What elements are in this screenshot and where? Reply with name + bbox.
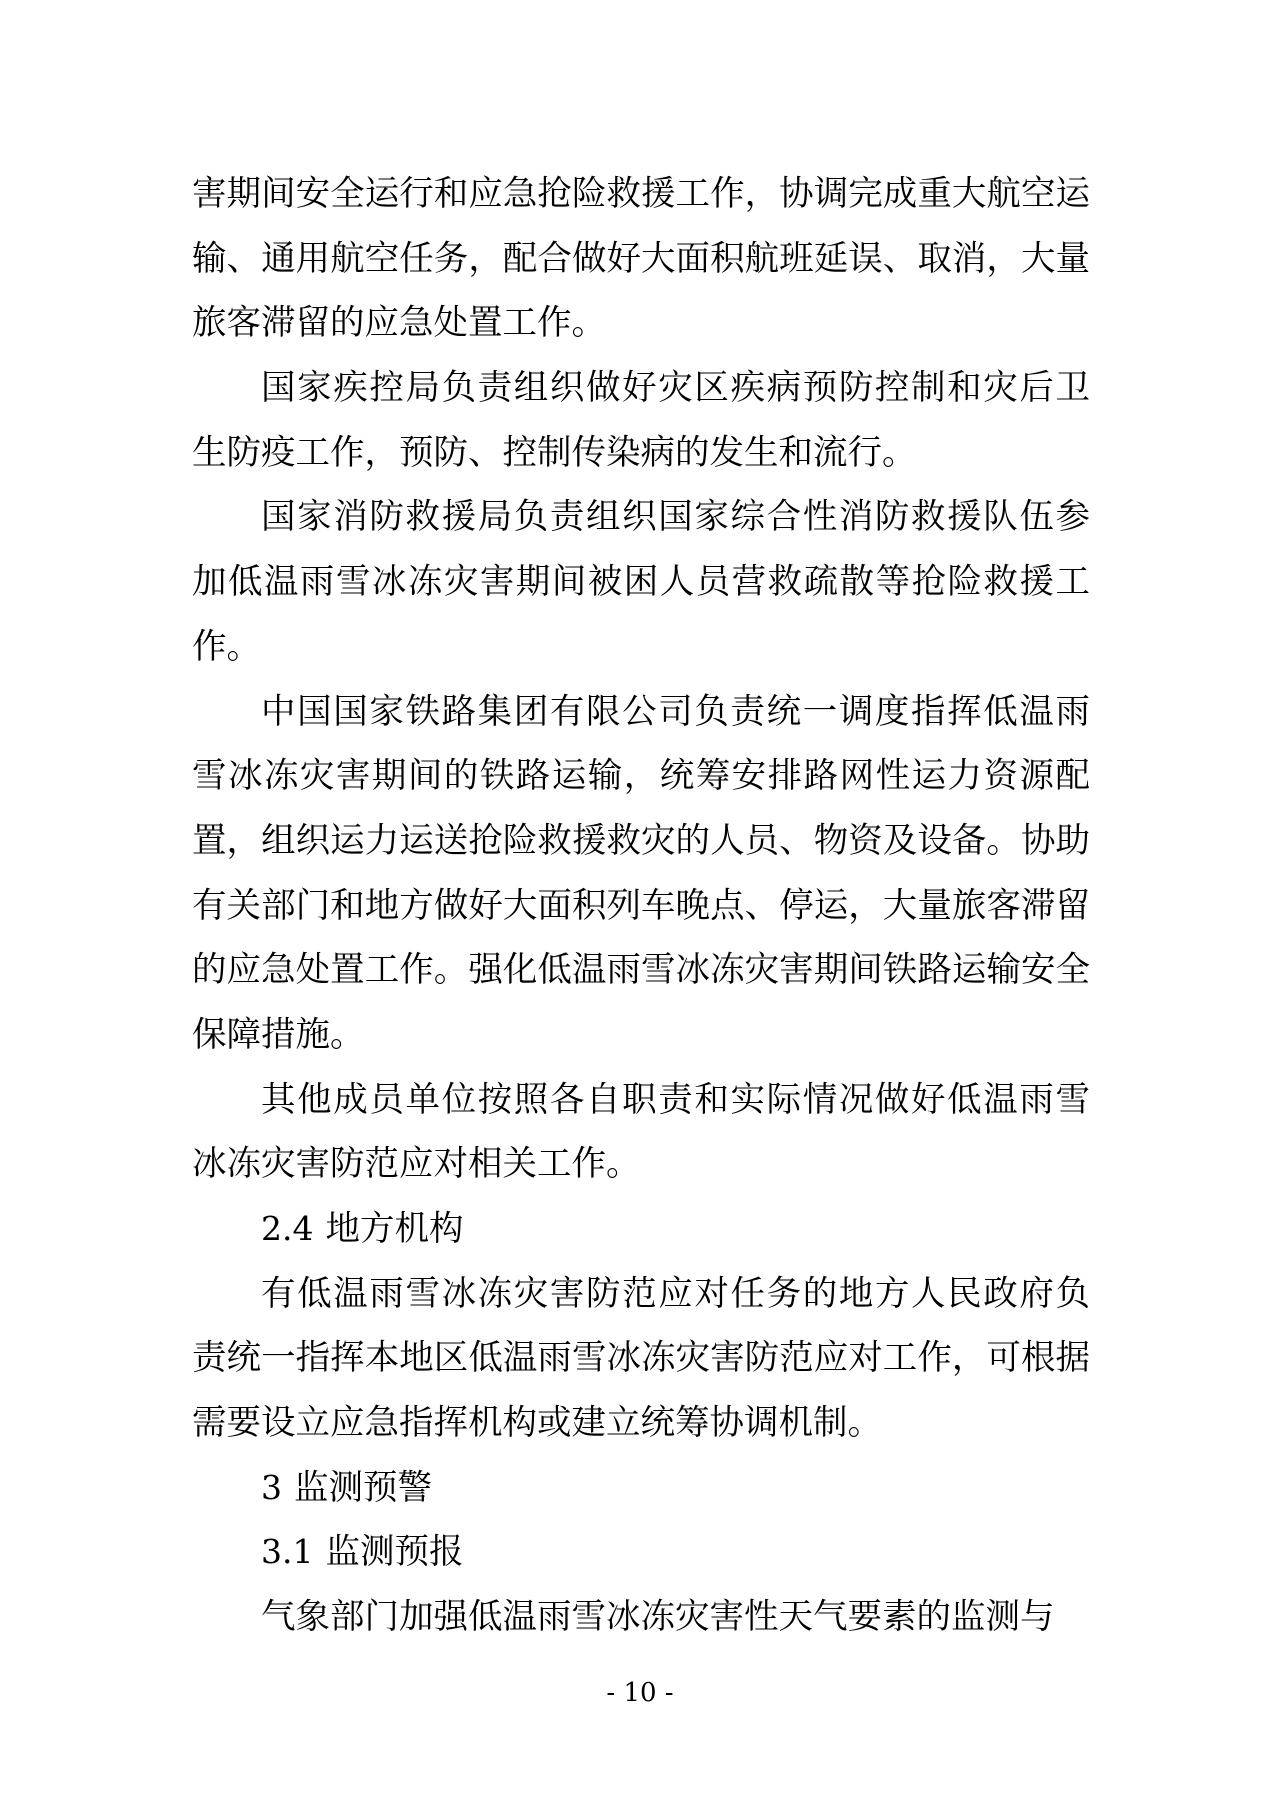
section-number: 2.4 — [261, 1209, 313, 1248]
text-line: 责统一指挥本地区低温雨雪冰冻灾害防范应对工作，可根据 — [192, 1326, 1090, 1391]
text-line: 中国国家铁路集团有限公司负责统一调度指挥低温雨 — [192, 680, 1090, 745]
text-line: 害期间安全运行和应急抢险救援工作，协调完成重大航空运 — [192, 162, 1090, 227]
text-line: 有关部门和地方做好大面积列车晚点、停运，大量旅客滞留 — [192, 874, 1090, 939]
section-title: 地方机构 — [325, 1210, 463, 1248]
text-line: 有低温雨雪冰冻灾害防范应对任务的地方人民政府负 — [192, 1262, 1090, 1327]
document-page: 害期间安全运行和应急抢险救援工作，协调完成重大航空运 输、通用航空任务，配合做好… — [0, 0, 1280, 1809]
section-number: 3.1 — [261, 1532, 313, 1571]
text-line: 雪冰冻灾害期间的铁路运输，统筹安排路网性运力资源配 — [192, 744, 1090, 809]
section-number: 3 — [261, 1468, 282, 1507]
body-text: 害期间安全运行和应急抢险救援工作，协调完成重大航空运 输、通用航空任务，配合做好… — [192, 162, 1090, 1650]
text-line: 其他成员单位按照各自职责和实际情况做好低温雨雪 — [192, 1068, 1090, 1133]
text-line: 输、通用航空任务，配合做好大面积航班延误、取消，大量 — [192, 227, 1090, 292]
text-line: 国家疾控局负责组织做好灾区疾病预防控制和灾后卫 — [192, 356, 1090, 421]
text-line: 的应急处置工作。强化低温雨雪冰冻灾害期间铁路运输安全 — [192, 938, 1090, 1003]
text-line: 国家消防救援局负责组织国家综合性消防救援队伍参 — [192, 485, 1090, 550]
text-line: 旅客滞留的应急处置工作。 — [192, 291, 1090, 356]
section-heading-2-4: 2.4地方机构 — [192, 1197, 1090, 1262]
section-heading-3: 3监测预警 — [192, 1456, 1090, 1521]
page-number: - 10 - — [0, 1678, 1280, 1708]
text-line: 冰冻灾害防范应对相关工作。 — [192, 1132, 1090, 1197]
text-line: 加低温雨雪冰冻灾害期间被困人员营救疏散等抢险救援工 — [192, 550, 1090, 615]
section-title: 监测预报 — [325, 1533, 463, 1571]
text-line: 需要设立应急指挥机构或建立统筹协调机制。 — [192, 1391, 1090, 1456]
text-line: 生防疫工作，预防、控制传染病的发生和流行。 — [192, 421, 1090, 486]
text-line: 气象部门加强低温雨雪冰冻灾害性天气要素的监测与 — [192, 1585, 1090, 1650]
text-line: 作。 — [192, 615, 1090, 680]
text-line: 置，组织运力运送抢险救援救灾的人员、物资及设备。协助 — [192, 809, 1090, 874]
text-line: 保障措施。 — [192, 1003, 1090, 1068]
section-title: 监测预警 — [294, 1469, 432, 1507]
section-heading-3-1: 3.1监测预报 — [192, 1520, 1090, 1585]
